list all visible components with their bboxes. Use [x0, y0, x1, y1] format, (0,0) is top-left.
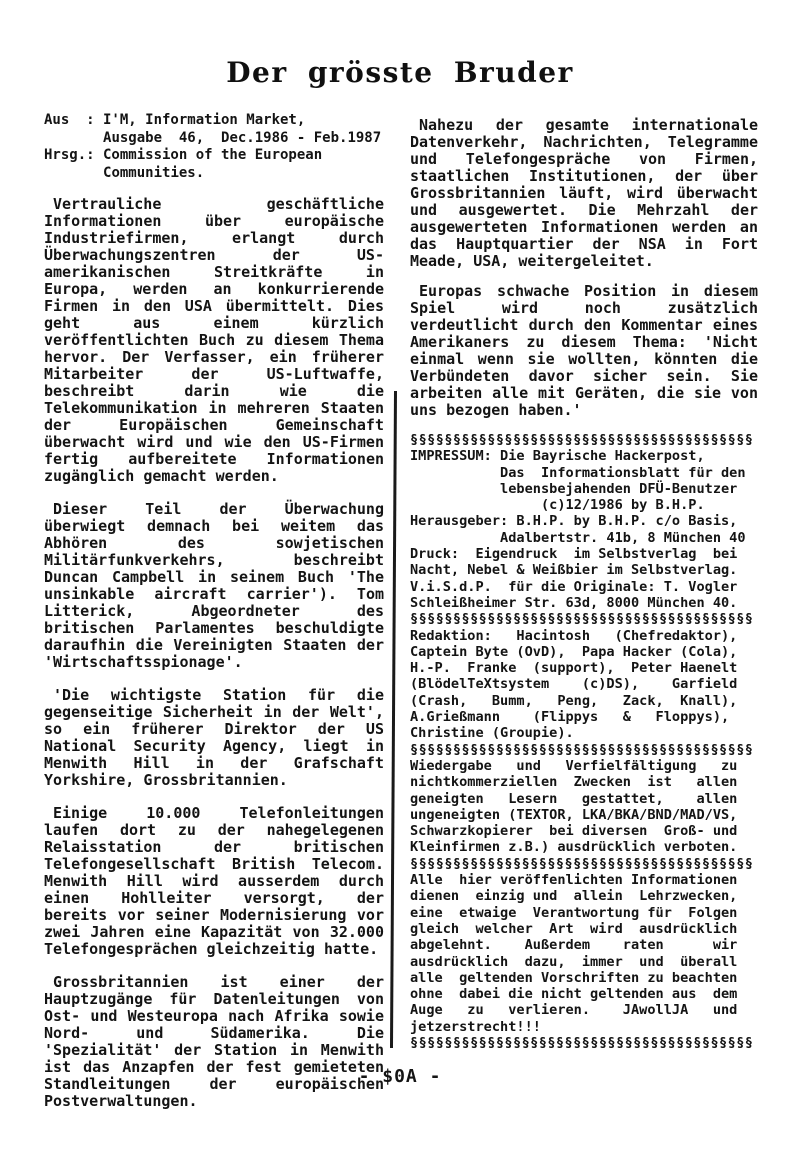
source-reference: Aus : I'M, Information Market, Ausgabe 4…: [44, 112, 384, 182]
scanned-document-page: Der grösste Bruder Aus : I'M, Informatio…: [0, 0, 800, 1157]
impressum-block: §§§§§§§§§§§§§§§§§§§§§§§§§§§§§§§§§§§§§§§§…: [410, 432, 758, 1051]
left-column: Aus : I'M, Information Market, Ausgabe 4…: [44, 112, 384, 1126]
section-separator: §§§§§§§§§§§§§§§§§§§§§§§§§§§§§§§§§§§§§§§§: [410, 1035, 758, 1051]
right-column: Nahezu der gesamte internationale Datenv…: [410, 117, 758, 1051]
section-separator: §§§§§§§§§§§§§§§§§§§§§§§§§§§§§§§§§§§§§§§§: [410, 432, 758, 448]
article-paragraph: 'Die wichtigste Station für die gegensei…: [44, 687, 384, 789]
section-separator: §§§§§§§§§§§§§§§§§§§§§§§§§§§§§§§§§§§§§§§§: [410, 611, 758, 627]
article-paragraph: Einige 10.000 Telefonleitungen laufen do…: [44, 805, 384, 958]
impressum-rights: Wiedergabe und Verfielfältigung zu nicht…: [410, 758, 758, 856]
impressum-disclaimer: Alle hier veröffenlichten Informationen …: [410, 872, 758, 1035]
section-separator: §§§§§§§§§§§§§§§§§§§§§§§§§§§§§§§§§§§§§§§§: [410, 856, 758, 872]
impressum-redaktion: Redaktion: Hacintosh (Chefredaktor), Cap…: [410, 628, 758, 742]
impressum-header: IMPRESSUM: Die Bayrische Hackerpost, Das…: [410, 448, 758, 611]
article-paragraph: Nahezu der gesamte internationale Datenv…: [410, 117, 758, 270]
page-number: - $0A -: [10, 1066, 790, 1087]
article-paragraph: Dieser Teil der Überwachung überwiegt de…: [44, 501, 384, 671]
section-separator: §§§§§§§§§§§§§§§§§§§§§§§§§§§§§§§§§§§§§§§§: [410, 742, 758, 758]
article-paragraph: Vertrauliche geschäftliche Informationen…: [44, 196, 384, 485]
article-paragraph: Europas schwache Position in diesem Spie…: [410, 283, 758, 419]
article-title: Der grösste Bruder: [10, 56, 790, 89]
article-paragraph: Grossbritannien ist einer der Hauptzugän…: [44, 974, 384, 1110]
column-divider-line: [390, 391, 397, 1048]
